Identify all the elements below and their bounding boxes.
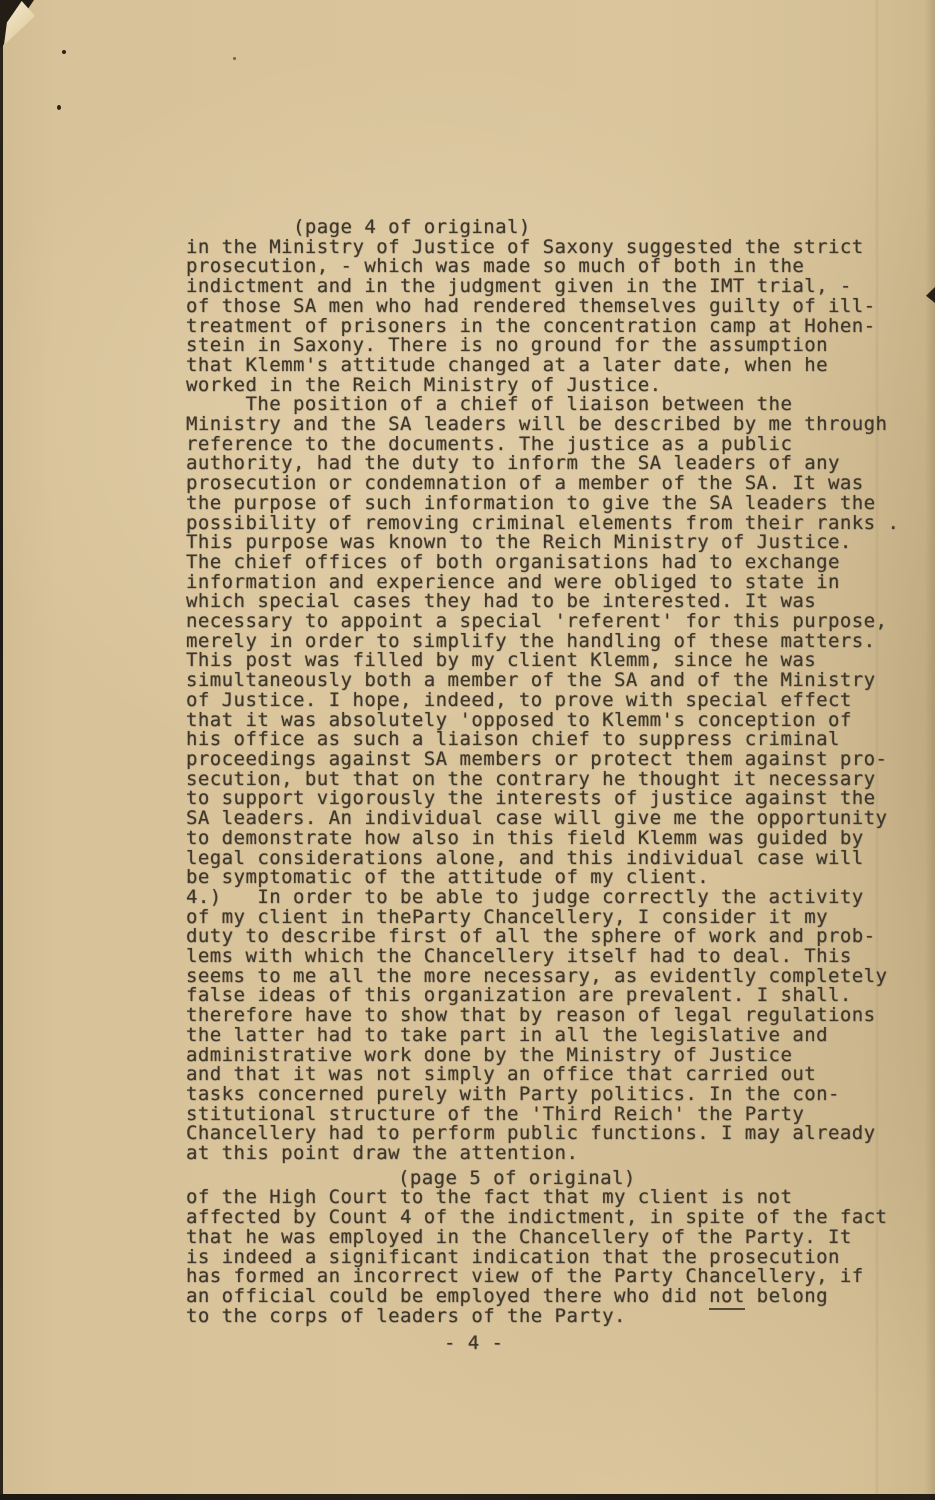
left-scan-edge — [0, 0, 3, 1500]
scanned-document: { "colors": { "paper": "#d7c298", "ink":… — [0, 0, 935, 1500]
paragraph-chief-of-liaison: The position of a chief of liaison betwe… — [186, 395, 922, 888]
bottom-scan-edge — [0, 1494, 935, 1500]
paragraph-high-court: of the High Court to the fact that my cl… — [186, 1188, 922, 1326]
ink-speck — [233, 57, 236, 60]
paragraph-4-party-chancellery: 4.) In order to be able to judge correct… — [186, 888, 922, 1164]
ink-speck — [57, 105, 61, 110]
ink-speck — [62, 50, 66, 54]
page4-of-original-heading: (page 4 of original) — [186, 218, 922, 238]
typewritten-text-block: (page 4 of original) in the Ministry of … — [186, 218, 922, 1354]
page-number: - 4 - — [186, 1334, 922, 1354]
right-edge-shadow — [925, 0, 935, 1500]
document-page: (page 4 of original) in the Ministry of … — [0, 0, 935, 1500]
paragraph-ministry-of-justice-saxony: in the Ministry of Justice of Saxony sug… — [186, 238, 922, 396]
underlined-word-not: not — [709, 1285, 745, 1310]
